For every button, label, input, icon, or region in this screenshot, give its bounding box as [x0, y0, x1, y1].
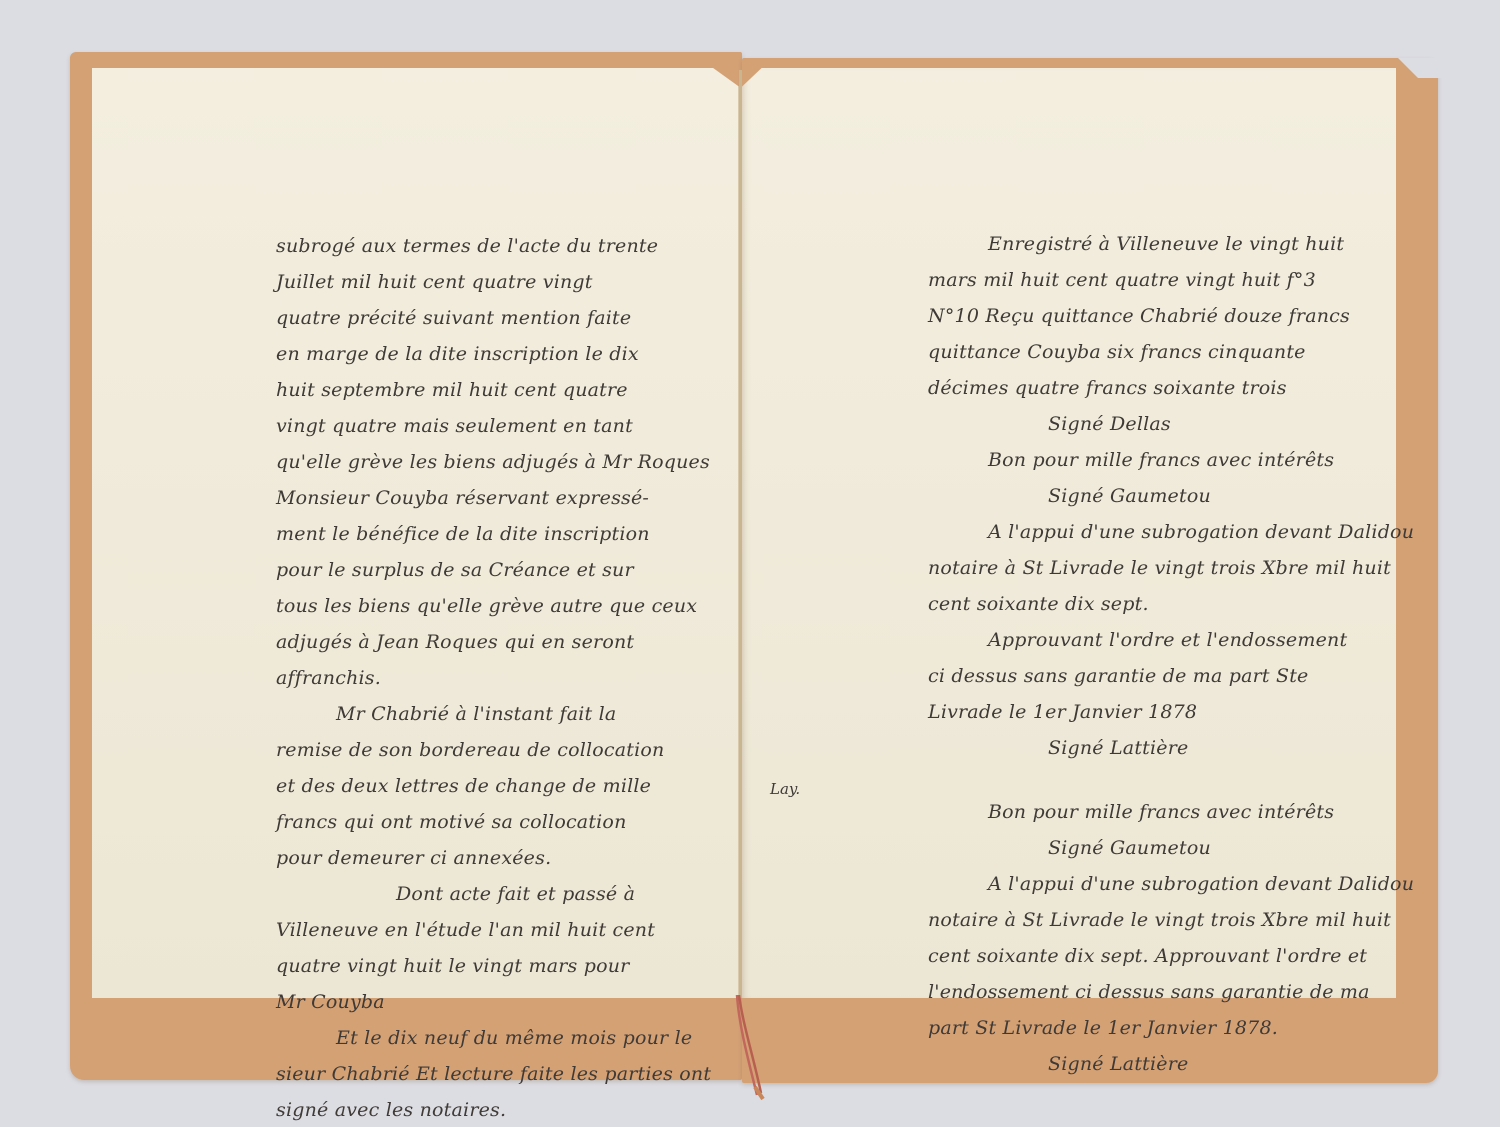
signature-line: Signé Gaumetou	[928, 478, 1418, 514]
text-line: Et le dix neuf du même mois pour le	[276, 1020, 746, 1056]
text-line: A l'appui d'une subrogation devant Dalid…	[928, 866, 1418, 902]
text-line: Mr Chabrié à l'instant fait la	[276, 696, 746, 732]
text-line: quatre vingt huit le vingt mars pour	[276, 948, 746, 984]
text-line: Monsieur Couyba réservant expressé-	[276, 480, 746, 516]
text-line: décimes quatre francs soixante trois	[928, 370, 1418, 406]
text-line: Juillet mil huit cent quatre vingt	[276, 264, 746, 300]
text-line: quatre précité suivant mention faite	[276, 300, 746, 336]
text-line: Livrade le 1er Janvier 1878	[928, 694, 1418, 730]
text-line: Approuvant l'ordre et l'endossement	[928, 622, 1418, 658]
text-line: Bon pour mille francs avec intérêts	[928, 442, 1418, 478]
text-line: subrogé aux termes de l'acte du trente	[276, 228, 746, 264]
text-line: remise de son bordereau de collocation	[276, 732, 746, 768]
text-line: notaire à St Livrade le vingt trois Xbre…	[928, 902, 1418, 938]
text-line: affranchis.	[276, 660, 746, 696]
text-line: Mr Couyba	[276, 984, 746, 1020]
text-line: N°10 Reçu quittance Chabrié douze francs	[928, 298, 1418, 334]
text-line: qu'elle grève les biens adjugés à Mr Roq…	[276, 444, 746, 480]
margin-note: Lay.	[770, 780, 800, 798]
signature-line: Signé Lattière	[928, 1046, 1418, 1082]
text-line: signé avec les notaires.	[276, 1092, 746, 1127]
text-line: l'endossement ci dessus sans garantie de…	[928, 974, 1418, 1010]
signature-line: Signé Lattière	[928, 730, 1418, 766]
text-line: vingt quatre mais seulement en tant	[276, 408, 746, 444]
signature-line: Signé Dellas	[928, 406, 1418, 442]
text-line: et des deux lettres de change de mille	[276, 768, 746, 804]
text-line: ci dessus sans garantie de ma part Ste	[928, 658, 1418, 694]
text-line: huit septembre mil huit cent quatre	[276, 372, 746, 408]
text-line: tous les biens qu'elle grève autre que c…	[276, 588, 746, 624]
text-line: part St Livrade le 1er Janvier 1878.	[928, 1010, 1418, 1046]
text-line: pour le surplus de sa Créance et sur	[276, 552, 746, 588]
text-line: quittance Couyba six francs cinquante	[928, 334, 1418, 370]
text-line: sieur Chabrié Et lecture faite les parti…	[276, 1056, 746, 1092]
text-line: cent soixante dix sept.	[928, 586, 1418, 622]
text-line: adjugés à Jean Roques qui en seront	[276, 624, 746, 660]
text-line: A l'appui d'une subrogation devant Dalid…	[928, 514, 1418, 550]
left-page-text: subrogé aux termes de l'acte du trente J…	[276, 228, 746, 1127]
text-line: mars mil huit cent quatre vingt huit f°3	[928, 262, 1418, 298]
text-line: pour demeurer ci annexées.	[276, 840, 746, 876]
text-line: Bon pour mille francs avec intérêts	[928, 794, 1418, 830]
text-line: francs qui ont motivé sa collocation	[276, 804, 746, 840]
text-line: Villeneuve en l'étude l'an mil huit cent	[276, 912, 746, 948]
text-line: notaire à St Livrade le vingt trois Xbre…	[928, 550, 1418, 586]
signature-line: Signé Gaumetou	[928, 830, 1418, 866]
text-line: cent soixante dix sept. Approuvant l'ord…	[928, 938, 1418, 974]
text-line: Enregistré à Villeneuve le vingt huit	[928, 226, 1418, 262]
right-page-text: Enregistré à Villeneuve le vingt huit ma…	[928, 226, 1418, 1082]
text-line: en marge de la dite inscription le dix	[276, 336, 746, 372]
text-line: ment le bénéfice de la dite inscription	[276, 516, 746, 552]
text-line: Dont acte fait et passé à	[276, 876, 746, 912]
